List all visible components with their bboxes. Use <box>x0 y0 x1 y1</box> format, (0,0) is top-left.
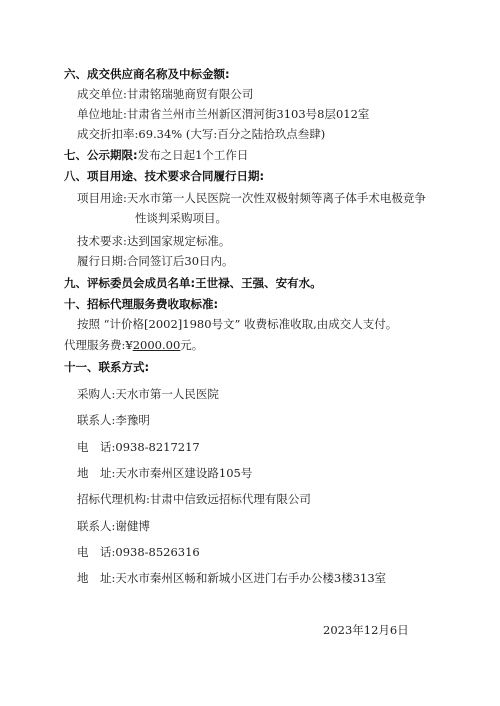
agency-address-label: 地 址: <box>77 571 115 585</box>
purpose-label: 项目用途: <box>77 191 127 205</box>
buyer-contact-label: 联系人: <box>77 413 115 427</box>
winner-address: 单位地址:甘肃省兰州市兰州新区渭河街3103号8层012室 <box>77 106 369 122</box>
tech-requirement: 技术要求:达到国家规定标准。 <box>77 233 230 249</box>
winner-address-value: 甘肃省兰州市兰州新区渭河街3103号8层012室 <box>127 107 370 121</box>
purpose-value-cont: 性谈判采购项目。 <box>135 210 227 226</box>
discount-label: 成交折扣率: <box>77 127 138 141</box>
buyer-address: 地 址:天水市秦州区建设路105号 <box>77 465 252 481</box>
buyer-address-label: 地 址: <box>77 466 115 480</box>
winner-unit: 成交单位:甘肃铭瑞驰商贸有限公司 <box>77 86 253 102</box>
agency-label: 招标代理机构: <box>77 492 150 506</box>
buyer-address-value: 天水市秦州区建设路105号 <box>115 466 252 480</box>
buyer: 采购人:天水市第一人民医院 <box>77 386 219 402</box>
buyer-phone: 电 话:0938-8217217 <box>77 439 200 455</box>
winner-unit-label: 成交单位: <box>77 87 127 101</box>
agency-phone-value: 0938-8526316 <box>115 545 199 559</box>
discount-rate: 成交折扣率:69.34% (大写:百分之陆拾玖点叁肆) <box>77 126 325 142</box>
winner-address-label: 单位地址: <box>77 107 127 121</box>
fee-suffix: 元。 <box>180 338 203 352</box>
agency-phone-label: 电 话: <box>77 545 115 559</box>
fee-standard: 按照 “计价格[2002]1980号文” 收费标准收取,由成交人支付。 <box>77 316 397 332</box>
agency-address-value: 天水市秦州区畅和新城小区进门右手办公楼3楼313室 <box>115 571 386 585</box>
discount-upper: (大写:百分之陆拾玖点叁肆) <box>186 127 325 141</box>
perform-date: 履行日期:合同签订后30日内。 <box>77 253 234 269</box>
section7-value: 发布之日起1个工作日 <box>138 148 249 162</box>
section6-heading: 六、成交供应商名称及中标金额: <box>64 66 230 82</box>
section10-heading: 十、招标代理服务费收取标准: <box>64 296 218 312</box>
tech-label: 技术要求: <box>77 234 127 248</box>
section9-heading: 九、评标委员会成员名单:王世禄、王强、安有水。 <box>64 275 322 291</box>
fee-value: 2000.00 <box>133 338 181 352</box>
buyer-phone-label: 电 话: <box>77 440 115 454</box>
section7: 七、公示期限:发布之日起1个工作日 <box>64 147 248 163</box>
tech-value: 达到国家规定标准。 <box>127 234 231 248</box>
buyer-value: 天水市第一人民医院 <box>115 387 219 401</box>
fee-label: 代理服务费:¥ <box>64 338 133 352</box>
section7-heading: 七、公示期限: <box>64 148 138 162</box>
buyer-phone-value: 0938-8217217 <box>115 440 199 454</box>
section11-heading: 十一、联系方式: <box>64 359 149 375</box>
document-date: 2023年12月6日 <box>323 622 409 638</box>
agency-phone: 电 话:0938-8526316 <box>77 544 200 560</box>
project-purpose: 项目用途:天水市第一人民医院一次性双极射频等离子体手术电极竞争 <box>77 190 426 206</box>
section8-heading: 八、项目用途、技术要求合同履行日期: <box>64 168 264 184</box>
agency: 招标代理机构:甘肃中信致远招标代理有限公司 <box>77 491 311 507</box>
winner-unit-value: 甘肃铭瑞驰商贸有限公司 <box>127 87 254 101</box>
agency-contact-label: 联系人: <box>77 519 115 533</box>
buyer-contact-value: 李豫明 <box>115 413 150 427</box>
discount-value: 69.34% <box>138 127 182 141</box>
perform-value: 合同签订后30日内。 <box>127 254 234 268</box>
agency-contact-value: 谢健博 <box>115 519 150 533</box>
purpose-value: 天水市第一人民医院一次性双极射频等离子体手术电极竞争 <box>127 191 426 205</box>
agency-contact: 联系人:谢健博 <box>77 518 150 534</box>
buyer-label: 采购人: <box>77 387 115 401</box>
agency-fee: 代理服务费:¥2000.00元。 <box>64 337 203 353</box>
perform-label: 履行日期: <box>77 254 127 268</box>
buyer-contact: 联系人:李豫明 <box>77 412 150 428</box>
agency-value: 甘肃中信致远招标代理有限公司 <box>150 492 311 506</box>
agency-address: 地 址:天水市秦州区畅和新城小区进门右手办公楼3楼313室 <box>77 570 386 586</box>
